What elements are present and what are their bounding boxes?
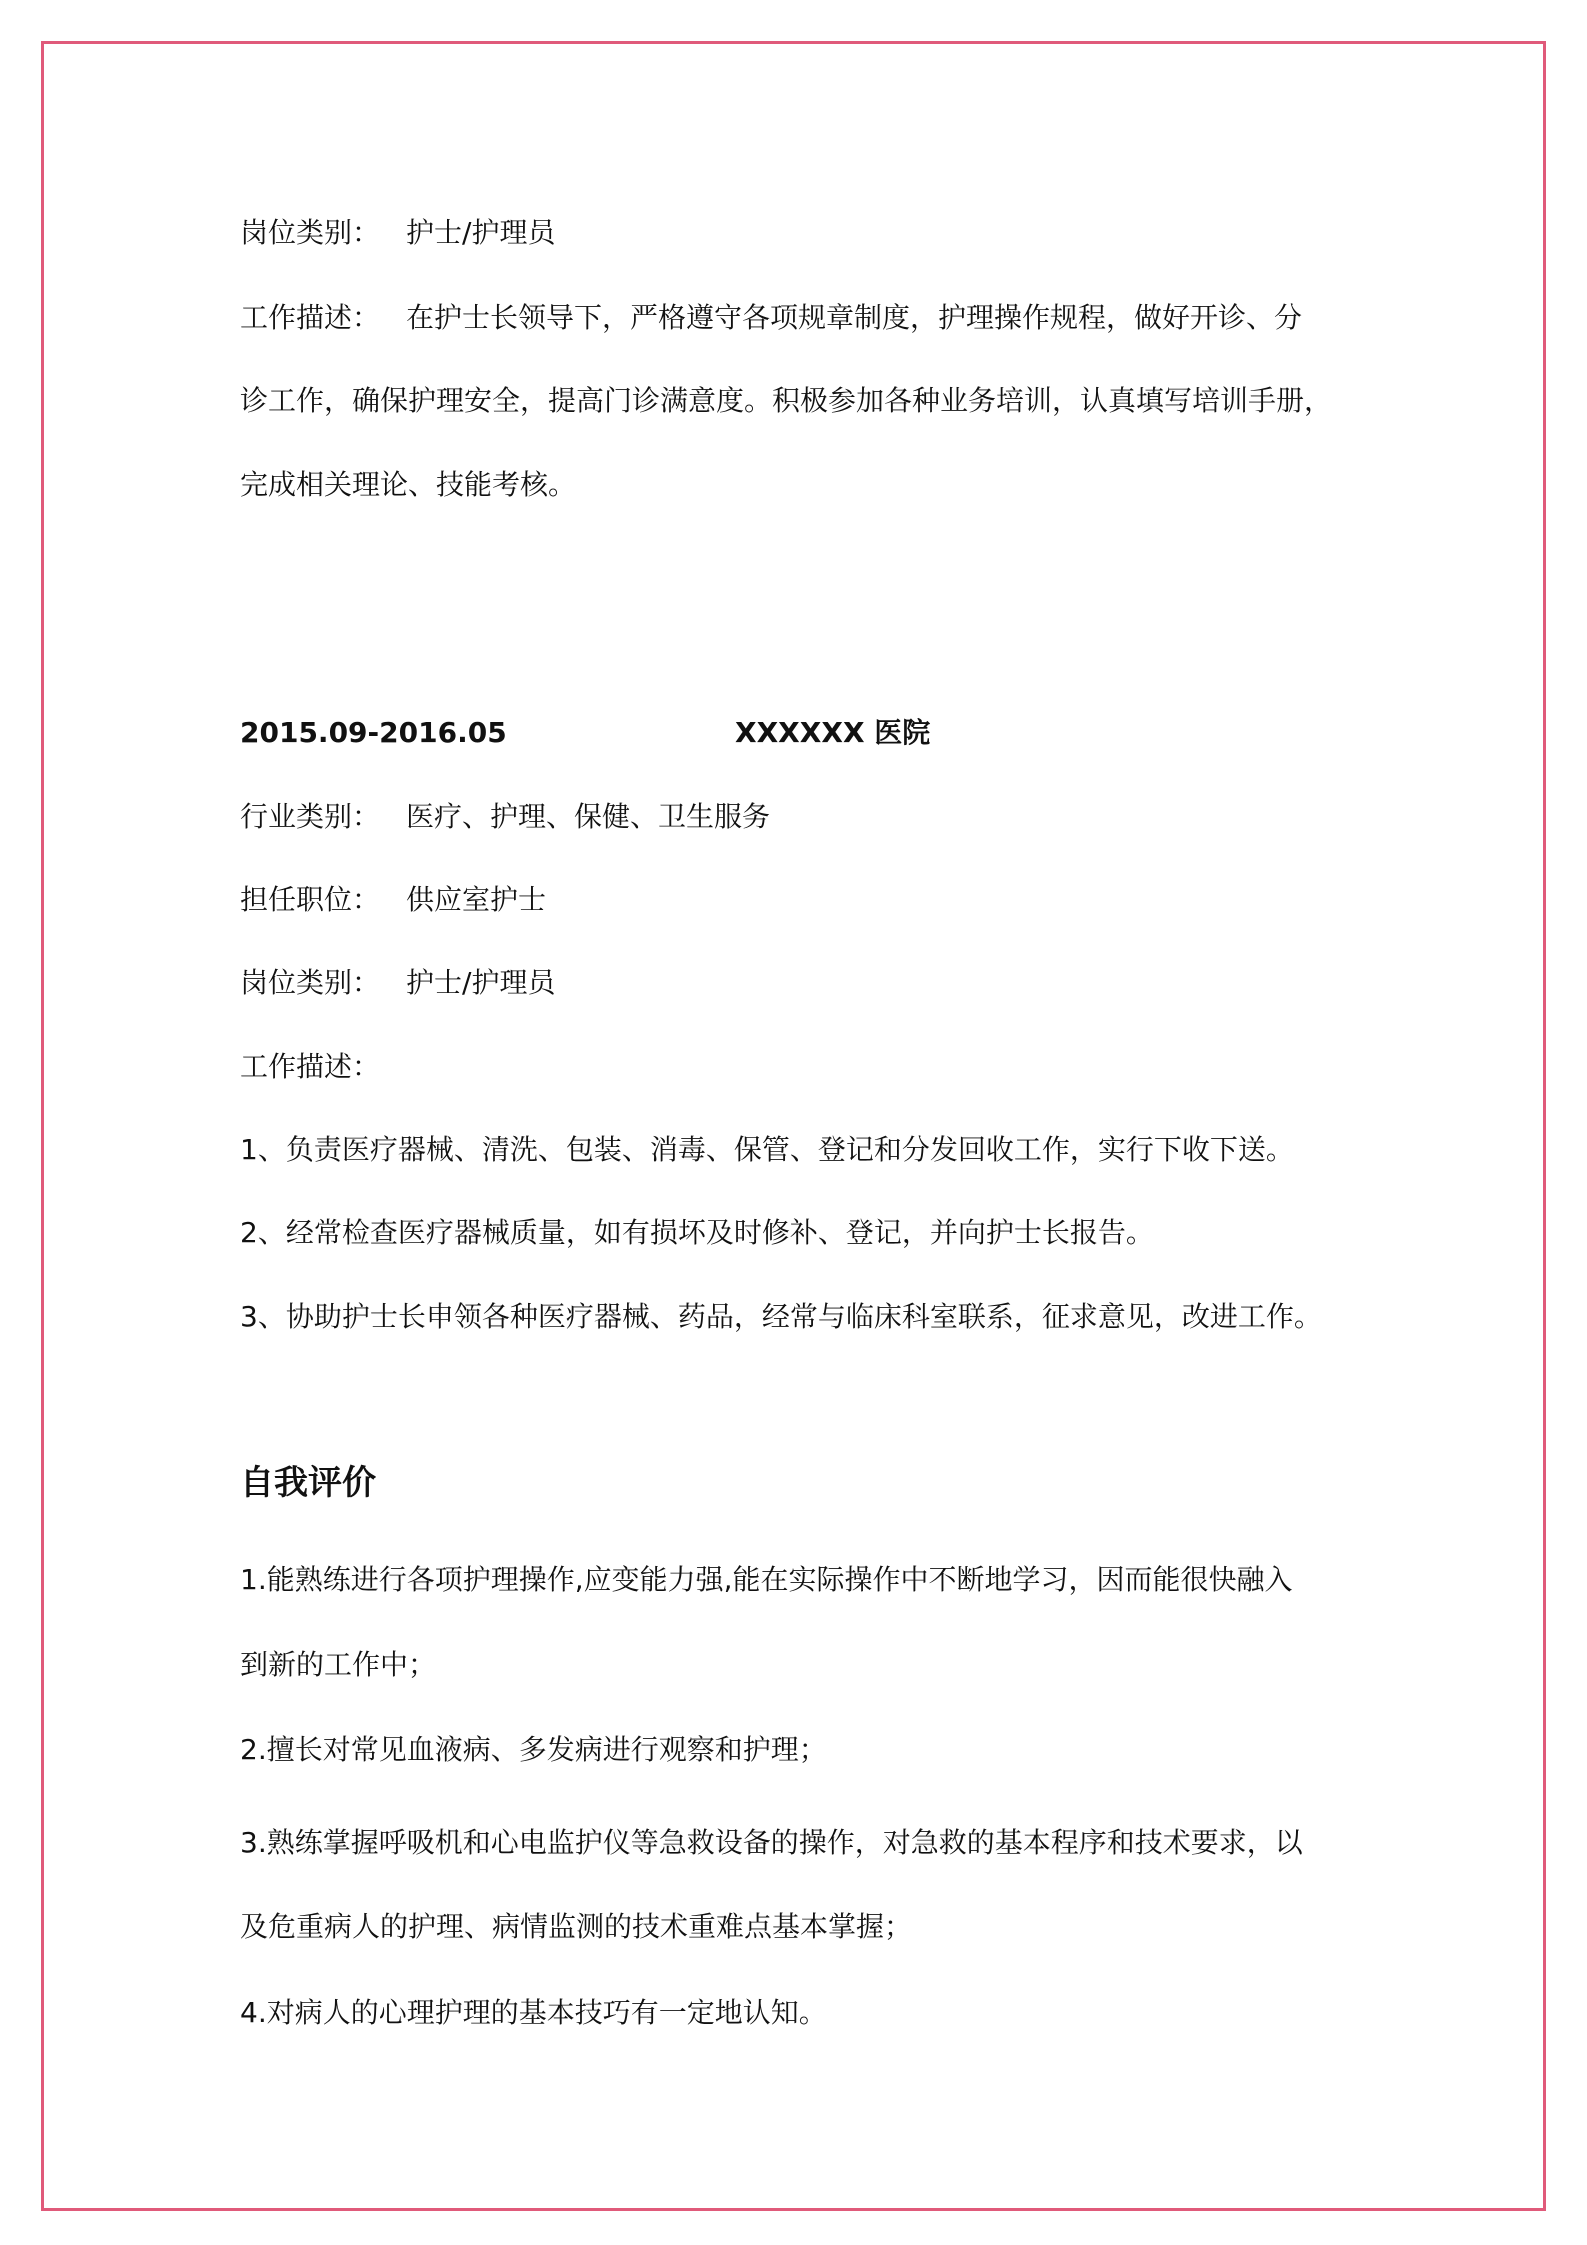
- position-value: 供应室护士: [406, 883, 546, 916]
- duty-item: 3、协助护士长申领各种医疗器械、药品，经常与临床科室联系，征求意见，改进工作。: [240, 1297, 1322, 1337]
- industry-label: 行业类别：: [240, 797, 380, 837]
- duty-item: 2、经常检查医疗器械质量，如有损坏及时修补、登记，并向护士长报告。: [240, 1213, 1154, 1253]
- prev-description-line: 诊工作，确保护理安全，提高门诊满意度。积极参加各种业务培训，认真填写培训手册，: [240, 381, 1332, 421]
- prev-post-category-label: 岗位类别：: [240, 213, 380, 253]
- prev-description-line: 完成相关理论、技能考核。: [240, 465, 576, 505]
- evaluation-line: 4.对病人的心理护理的基本技巧有一定地认知。: [240, 1993, 827, 2033]
- page-border: [41, 41, 1546, 2211]
- evaluation-line: 到新的工作中；: [240, 1645, 436, 1685]
- duty-item: 1、负责医疗器械、清洗、包装、消毒、保管、登记和分发回收工作，实行下收下送。: [240, 1130, 1294, 1170]
- post-category-label: 岗位类别：: [240, 963, 380, 1003]
- evaluation-line: 3.熟练掌握呼吸机和心电监护仪等急救设备的操作，对急救的基本程序和技术要求，以: [240, 1823, 1303, 1863]
- evaluation-line: 1.能熟练进行各项护理操作,应变能力强,能在实际操作中不断地学习，因而能很快融入: [240, 1560, 1293, 1600]
- prev-post-category-value: 护士/护理员: [406, 216, 555, 249]
- industry-value: 医疗、护理、保健、卫生服务: [406, 800, 770, 833]
- prev-description-line: 在护士长领导下，严格遵守各项规章制度，护理操作规程，做好开诊、分: [406, 301, 1302, 334]
- prev-post-category-row: 岗位类别：护士/护理员: [240, 213, 555, 253]
- position-row: 担任职位：供应室护士: [240, 880, 546, 920]
- industry-row: 行业类别：医疗、护理、保健、卫生服务: [240, 797, 770, 837]
- post-category-value: 护士/护理员: [406, 966, 555, 999]
- evaluation-line: 2.擅长对常见血液病、多发病进行观察和护理；: [240, 1730, 827, 1770]
- description-label: 工作描述：: [240, 1047, 380, 1087]
- job-period: 2015.09-2016.05: [240, 713, 507, 753]
- position-label: 担任职位：: [240, 880, 380, 920]
- post-category-row: 岗位类别：护士/护理员: [240, 963, 555, 1003]
- section-heading-self-evaluation: 自我评价: [240, 1461, 376, 1505]
- prev-description-label: 工作描述：: [240, 298, 380, 338]
- prev-description-row: 工作描述：在护士长领导下，严格遵守各项规章制度，护理操作规程，做好开诊、分: [240, 298, 1302, 338]
- evaluation-line: 及危重病人的护理、病情监测的技术重难点基本掌握；: [240, 1907, 912, 1947]
- job-organization: XXXXXX 医院: [735, 713, 930, 753]
